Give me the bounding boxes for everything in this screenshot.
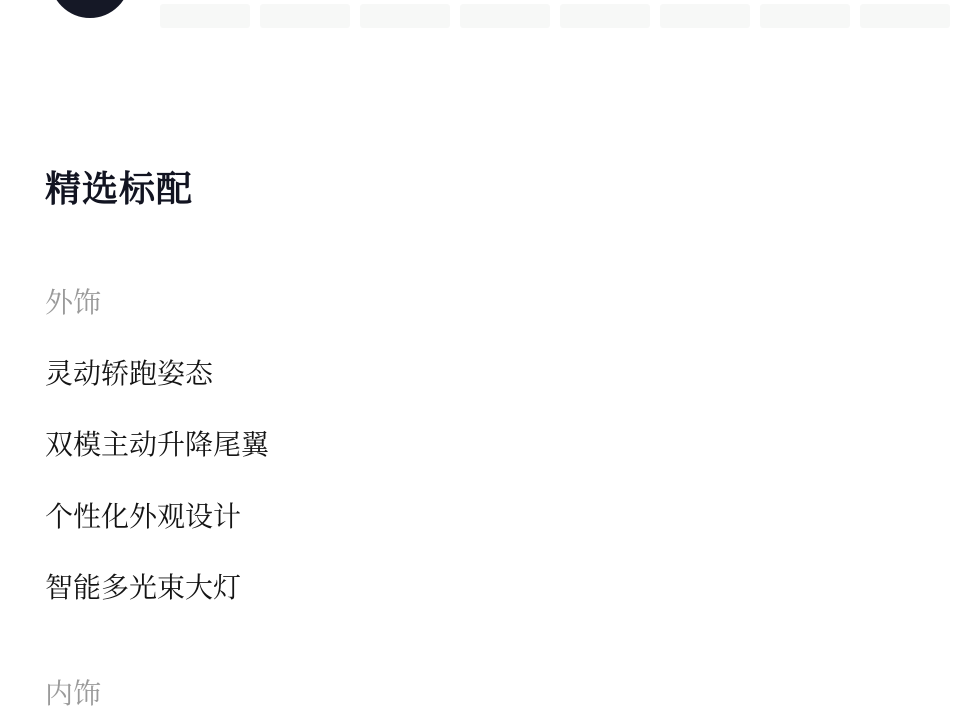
group-label-exterior: 外饰 — [45, 286, 101, 320]
feature-item: 灵动轿跑姿态 — [45, 357, 213, 391]
dark-circle-icon[interactable] — [50, 0, 130, 18]
page: 精选标配 外饰 灵动轿跑姿态 双模主动升降尾翼 个性化外观设计 智能多光束大灯 … — [0, 0, 960, 720]
swatch — [160, 4, 250, 28]
swatch — [460, 4, 550, 28]
swatch — [260, 4, 350, 28]
swatch — [560, 4, 650, 28]
feature-item: 智能多光束大灯 — [45, 571, 241, 605]
feature-item: 双模主动升降尾翼 — [45, 428, 269, 462]
group-label-interior: 内饰 — [45, 677, 101, 711]
swatch — [660, 4, 750, 28]
swatch — [860, 4, 950, 28]
section-title: 精选标配 — [45, 168, 193, 212]
swatch-strip — [160, 4, 950, 28]
feature-item: 个性化外观设计 — [45, 500, 241, 534]
swatch — [760, 4, 850, 28]
swatch — [360, 4, 450, 28]
